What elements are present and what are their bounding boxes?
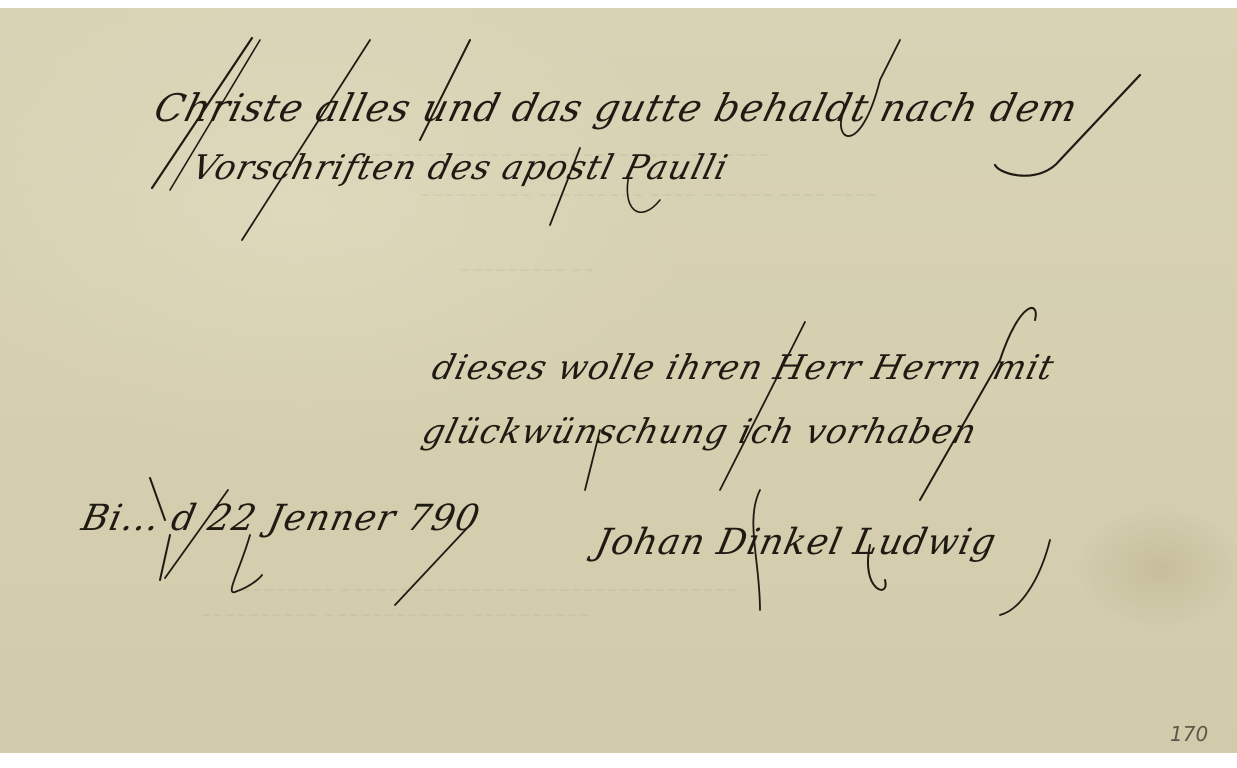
bleed-through-text: ~~~~~~~~~ ~~ — [460, 263, 596, 278]
place-date-line: Bi... d 22 Jenner 790 — [78, 498, 484, 539]
folio-number: 170 — [1170, 722, 1208, 746]
manuscript-line-2: Vorschriften des apostl Paulli — [188, 148, 732, 188]
manuscript-line-4: glückwünschung ich vorhaben — [418, 412, 981, 452]
bleed-through-text: ~~~~~~ ~~~ ~~~~~~~~~ ~~~~ ~~~~~~ ~~~~ ~~… — [420, 188, 879, 203]
signature: Johan Dinkel Ludwig — [592, 522, 1000, 563]
manuscript-line-1: Christe alles und das gutte behaldt nach… — [150, 86, 1083, 130]
bleed-through-text: ~~~~~~~~ ~~~~~~~~~~~~~~~~ ~~~~~~~~~~~~~~… — [240, 583, 738, 598]
manuscript-line-3: dieses wolle ihren Herr Herrn mit — [428, 348, 1059, 388]
bleed-through-text: ~~~~~~~~~~ ~~~~~~~~~~~~ ~~~~~~~~~~ — [200, 608, 591, 623]
